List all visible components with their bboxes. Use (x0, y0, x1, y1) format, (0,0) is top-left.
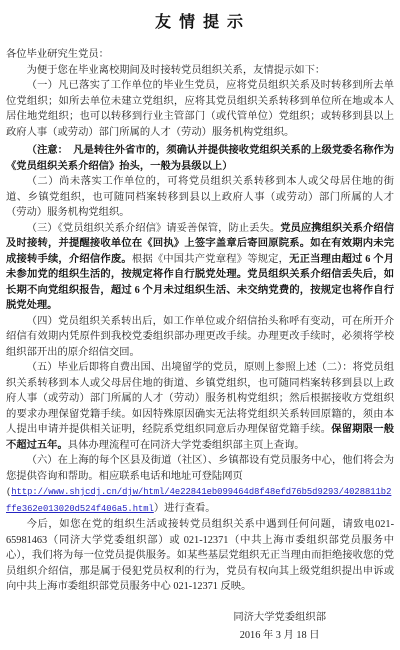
signature-date: 2016 年 3 月 18 日 (233, 627, 326, 645)
paragraph-item-3: （三）《党员组织关系介绍信》请妥善保管，防止丢失。党员应携组织关系介绍信及时接转… (6, 221, 394, 314)
text-run: （六）在上海的每个区县及街道（社区）、乡镇都设有党员服务中心，他们将会为您提供咨… (6, 455, 394, 482)
signature-org: 同济大学党委组织部 (233, 609, 326, 627)
document-title: 友 情 提 示 (6, 9, 394, 32)
paragraph-url-line: (http://www.shjcdj.cn/djw/html/4e22841eb… (6, 484, 394, 517)
signature-inner: 同济大学党委组织部 2016 年 3 月 18 日 (233, 609, 326, 645)
text-run: 具体办理流程可在同济大学党委组织部主页上查询。 (68, 440, 305, 451)
paragraph-item-5: （五）毕业后即将自费出国、出境留学的党员，原则上参照上述（二）：将党员组织关系转… (6, 360, 394, 453)
text-run: ）进行查看。 (154, 503, 216, 514)
text-run: （一）凡已落实了工作单位的毕业生党员，应将党员组织关系及时转移到所去单位党组织；… (6, 80, 394, 138)
text-run: 根据《中国共产党章程》等规定， (132, 254, 289, 265)
text-run: （三）《党员组织关系介绍信》请妥善保管，防止丢失。 (27, 223, 281, 234)
paragraph-intro: 为便于您在毕业离校期间及时接转党员组织关系，友情提示如下： (6, 63, 394, 79)
text-run: （四）党员组织关系转出后，如工作单位或介绍信抬头称呼有变动，可在所开介绍信有效期… (6, 316, 394, 358)
signature-block: 同济大学党委组织部 2016 年 3 月 18 日 (6, 609, 394, 645)
document-body: 各位毕业研究生党员：为便于您在毕业离校期间及时接转党员组织关系，友情提示如下：（… (6, 47, 394, 595)
text-run: 各位毕业研究生党员： (6, 49, 109, 60)
paragraph-item-4: （四）党员组织关系转出后，如工作单位或介绍信抬头称呼有变动，可在所开介绍信有效期… (6, 314, 394, 361)
paragraph-item-6: （六）在上海的每个区县及街道（社区）、乡镇都设有党员服务中心，他们将会为您提供咨… (6, 453, 394, 484)
text-run: 为便于您在毕业离校期间及时接转党员组织关系，友情提示如下： (27, 65, 326, 76)
paragraph-closing: 今后，如您在党的组织生活或接转党员组织关系中遇到任何问题，请致电021-6598… (6, 517, 394, 595)
text-run: （二）尚未落实工作单位的，可将党员组织关系转移到本人或父母居住地的街道、乡镇党组… (6, 176, 394, 218)
paragraph-notice: （注意： 凡是转往外省市的，须确认并提供接收党组织关系的上级党委名称作为《党员组… (6, 143, 394, 174)
paragraph-item-2: （二）尚未落实工作单位的，可将党员组织关系转移到本人或父母居住地的街道、乡镇党组… (6, 174, 394, 221)
document-page: 友 情 提 示 各位毕业研究生党员：为便于您在毕业离校期间及时接转党员组织关系，… (0, 0, 400, 645)
text-run: 今后，如您在党的组织生活或接转党员组织关系中遇到任何问题，请致电021-6598… (6, 519, 394, 592)
paragraph-item-1: （一）凡已落实了工作单位的毕业生党员，应将党员组织关系及时转移到所去单位党组织；… (6, 78, 394, 140)
text-run: （注意： 凡是转往外省市的，须确认并提供接收党组织关系的上级党委名称作为《党员组… (6, 145, 394, 172)
paragraph-salutation: 各位毕业研究生党员： (6, 47, 394, 63)
